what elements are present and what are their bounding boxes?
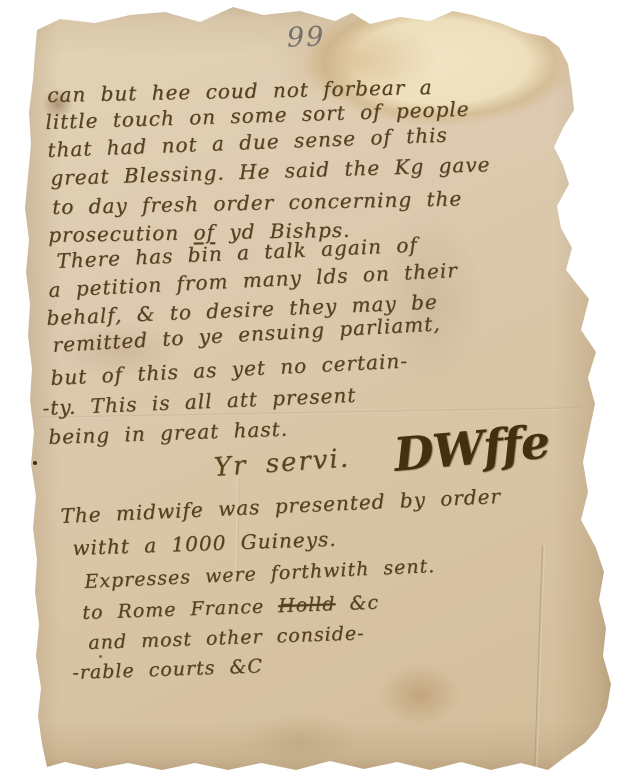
underlined-word: of: [193, 220, 215, 244]
manuscript-line: to day fresh order concerning the: [52, 187, 462, 218]
closing-salutation: Yr servi.: [213, 445, 351, 480]
manuscript-line: -ty. This is all att present: [42, 384, 357, 419]
fold-crease: [235, 478, 240, 573]
line-segment: &c: [335, 592, 379, 616]
fold-crease: [534, 545, 545, 770]
salutation-text: Yr servi.: [213, 443, 351, 482]
manuscript-line: -rable courts &C: [72, 656, 263, 684]
manuscript-line: and most other conside-: [88, 623, 365, 654]
ink-speck: [99, 655, 102, 658]
manuscript-line: being in great hast.: [48, 418, 288, 448]
manuscript-line: witht a 1000 Guineys.: [72, 528, 337, 559]
closing-signature: DWffe: [392, 418, 551, 477]
manuscript-line: to Rome France Holld &c: [82, 593, 379, 624]
manuscript-line: Expresses were forthwith sent.: [84, 556, 436, 593]
ink-speck: [33, 461, 37, 465]
page-number: 99: [287, 23, 326, 51]
manuscript-page: 99 can but hee coud not forbear a little…: [0, 0, 624, 781]
struck-word: Holld: [278, 593, 336, 617]
signature-flourish: DWffe: [392, 414, 552, 481]
photo-canvas: 99 can but hee coud not forbear a little…: [0, 0, 624, 781]
line-segment: to Rome France: [82, 595, 279, 624]
manuscript-line: The midwife was presented by order: [60, 485, 501, 527]
